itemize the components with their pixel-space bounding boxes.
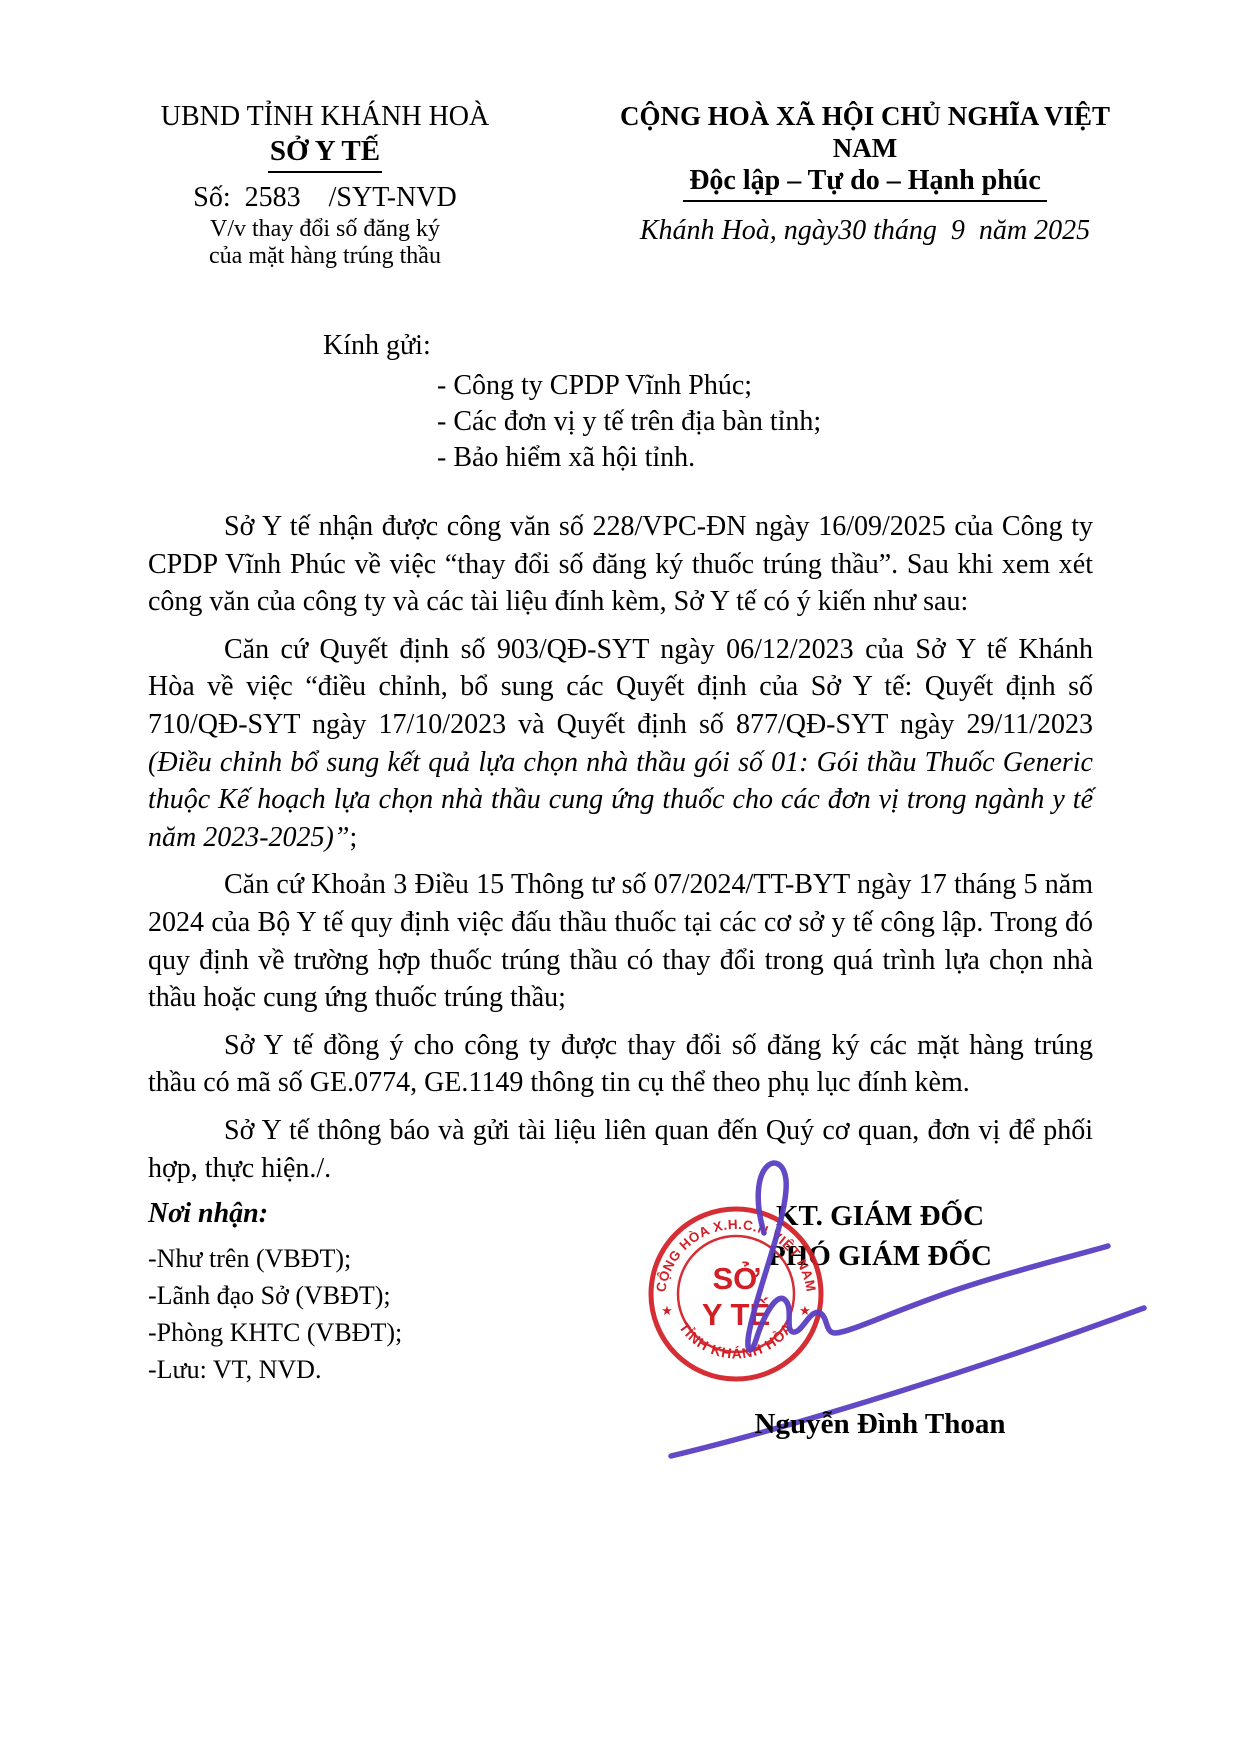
- distribution-item: -Lưu: VT, NVD.: [148, 1351, 402, 1388]
- distribution-list: -Như trên (VBĐT); -Lãnh đạo Sở (VBĐT); -…: [148, 1240, 402, 1388]
- official-letter-page: UBND TỈNH KHÁNH HOÀ SỞ Y TẾ Số: 2583 /SY…: [0, 0, 1241, 1755]
- paragraph-basis-1: Căn cứ Quyết định số 903/QĐ-SYT ngày 06/…: [148, 631, 1093, 857]
- basis-1-tail: ;: [349, 822, 357, 853]
- basis-1-normal: Căn cứ Quyết định số 903/QĐ-SYT ngày 06/…: [148, 634, 1093, 740]
- recipient-item: - Các đơn vị y tế trên địa bàn tỉnh;: [437, 404, 821, 440]
- distribution-block: Nơi nhận: -Như trên (VBĐT); -Lãnh đạo Sở…: [148, 1198, 402, 1388]
- letter-body: Sở Y tế nhận được công văn số 228/VPC-ĐN…: [148, 508, 1093, 1197]
- document-number: Số: 2583 /SYT-NVD: [130, 182, 520, 214]
- national-header-block: CỘNG HOÀ XÃ HỘI CHỦ NGHĨA VIỆT NAM Độc l…: [600, 100, 1130, 247]
- national-motto: Độc lập – Tự do – Hạnh phúc: [683, 165, 1047, 202]
- paragraph-basis-2: Căn cứ Khoản 3 Điều 15 Thông tư số 07/20…: [148, 866, 1093, 1016]
- recipient-item: - Công ty CPDP Vĩnh Phúc;: [437, 368, 821, 404]
- subject-line-1: V/v thay đổi số đăng ký: [130, 216, 520, 243]
- paragraph-decision: Sở Y tế đồng ý cho công ty được thay đổi…: [148, 1027, 1093, 1102]
- national-title: CỘNG HOÀ XÃ HỘI CHỦ NGHĨA VIỆT NAM: [600, 100, 1130, 164]
- paragraph-intro: Sở Y tế nhận được công văn số 228/VPC-ĐN…: [148, 508, 1093, 621]
- parent-org-name: UBND TỈNH KHÁNH HOÀ: [130, 100, 520, 134]
- distribution-label: Nơi nhận:: [148, 1198, 402, 1230]
- distribution-item: -Như trên (VBĐT);: [148, 1240, 402, 1277]
- org-name: SỞ Y TẾ: [268, 134, 382, 173]
- subject-line-2: của mặt hàng trúng thầu: [130, 243, 520, 270]
- signer-name: Nguyễn Đình Thoan: [640, 1408, 1120, 1441]
- salutation: Kính gửi:: [323, 330, 431, 362]
- basis-1-quoted-title: (Điều chỉnh bổ sung kết quả lựa chọn nhà…: [148, 747, 1093, 853]
- distribution-item: -Lãnh đạo Sở (VBĐT);: [148, 1277, 402, 1314]
- place-and-date: Khánh Hoà, ngày30 tháng 9 năm 2025: [600, 215, 1130, 247]
- distribution-item: -Phòng KHTC (VBĐT);: [148, 1314, 402, 1351]
- recipient-item: - Bảo hiểm xã hội tỉnh.: [437, 440, 821, 476]
- recipient-list: - Công ty CPDP Vĩnh Phúc; - Các đơn vị y…: [437, 368, 821, 476]
- issuing-authority-block: UBND TỈNH KHÁNH HOÀ SỞ Y TẾ Số: 2583 /SY…: [130, 100, 520, 270]
